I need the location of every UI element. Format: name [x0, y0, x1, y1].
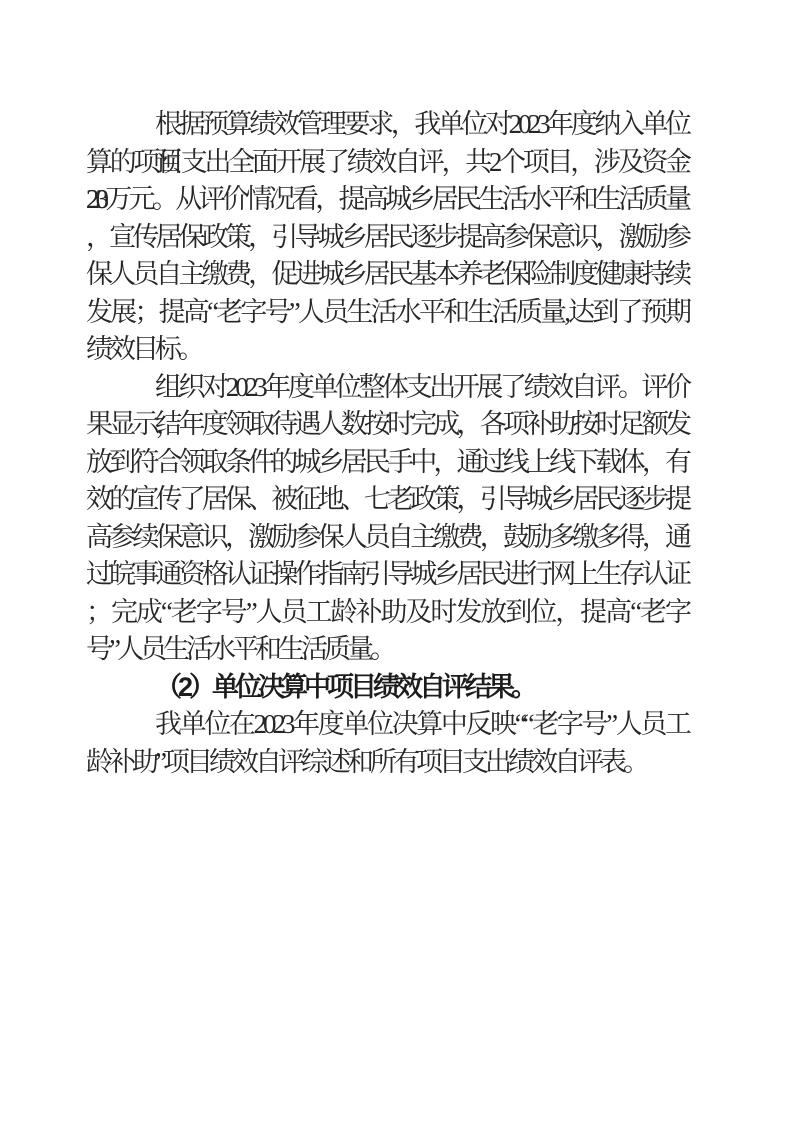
text-line: 号”人员生活水平和生活质量。 [86, 631, 688, 669]
text-line: 发展；提高“老字号”人员生活水平和生活质量,达到了预期 [86, 294, 688, 332]
text-line: 过皖事通资格认证操作指南引导城乡居民进行网上生存认证 [86, 556, 688, 594]
heading-item-2: （2）单位决算中项目绩效自评结果。 [86, 669, 688, 707]
text-line: ；完成“老字号”人员工龄补助及时发放到位，提高“老字 [86, 594, 688, 632]
text-line: 保人员自主缴费，促进城乡居民基本养老保险制度健康持续 [86, 256, 688, 294]
document-page: 根据预算绩效管理要求，我单位对2023年度纳入单位预算的项目支出全面开展了绩效自… [0, 0, 793, 1122]
text-line: ，宣传居保政策，引导城乡居民逐步提高参保意识，激励参 [86, 219, 688, 257]
text-line: 组织对2023年度单位整体支出开展了绩效自评。评价结 [86, 369, 688, 407]
text-line: 绩效目标。 [86, 331, 688, 369]
paragraph-overall-expenditure-evaluation: 组织对2023年度单位整体支出开展了绩效自评。评价结果显示，年度领取待遇人数按时… [86, 369, 688, 669]
text-line: 果显示，年度领取待遇人数按时完成，各项补助按时足额发 [86, 406, 688, 444]
text-line: 根据预算绩效管理要求，我单位对2023年度纳入单位预 [86, 106, 688, 144]
document-body: 根据预算绩效管理要求，我单位对2023年度纳入单位预算的项目支出全面开展了绩效自… [86, 106, 688, 781]
text-line: 效的宣传了居保、被征地、七老政策，引导城乡居民逐步提 [86, 481, 688, 519]
text-line: 20万元。从评价情况看，提高城乡居民生活水平和生活质量 [86, 181, 688, 219]
text-line: 放到符合领取条件的城乡居民手中，通过线上线下载体，有 [86, 444, 688, 482]
text-line: 我单位在2023年度单位决算中反映““老字号”人员工 [86, 706, 688, 744]
text-line: （2）单位决算中项目绩效自评结果。 [86, 669, 688, 707]
paragraph-final-accounts-reflection: 我单位在2023年度单位决算中反映““老字号”人员工龄补助”项目绩效自评综述和所… [86, 706, 688, 781]
text-line: 高参续保意识，激励参保人员自主缴费，鼓励多缴多得，通 [86, 519, 688, 557]
paragraph-project-self-evaluation: 根据预算绩效管理要求，我单位对2023年度纳入单位预算的项目支出全面开展了绩效自… [86, 106, 688, 369]
text-line: 龄补助”项目绩效自评综述和所有项目支出绩效自评表。 [86, 744, 688, 782]
text-line: 算的项目支出全面开展了绩效自评，共2个项目，涉及资金23 [86, 144, 688, 182]
